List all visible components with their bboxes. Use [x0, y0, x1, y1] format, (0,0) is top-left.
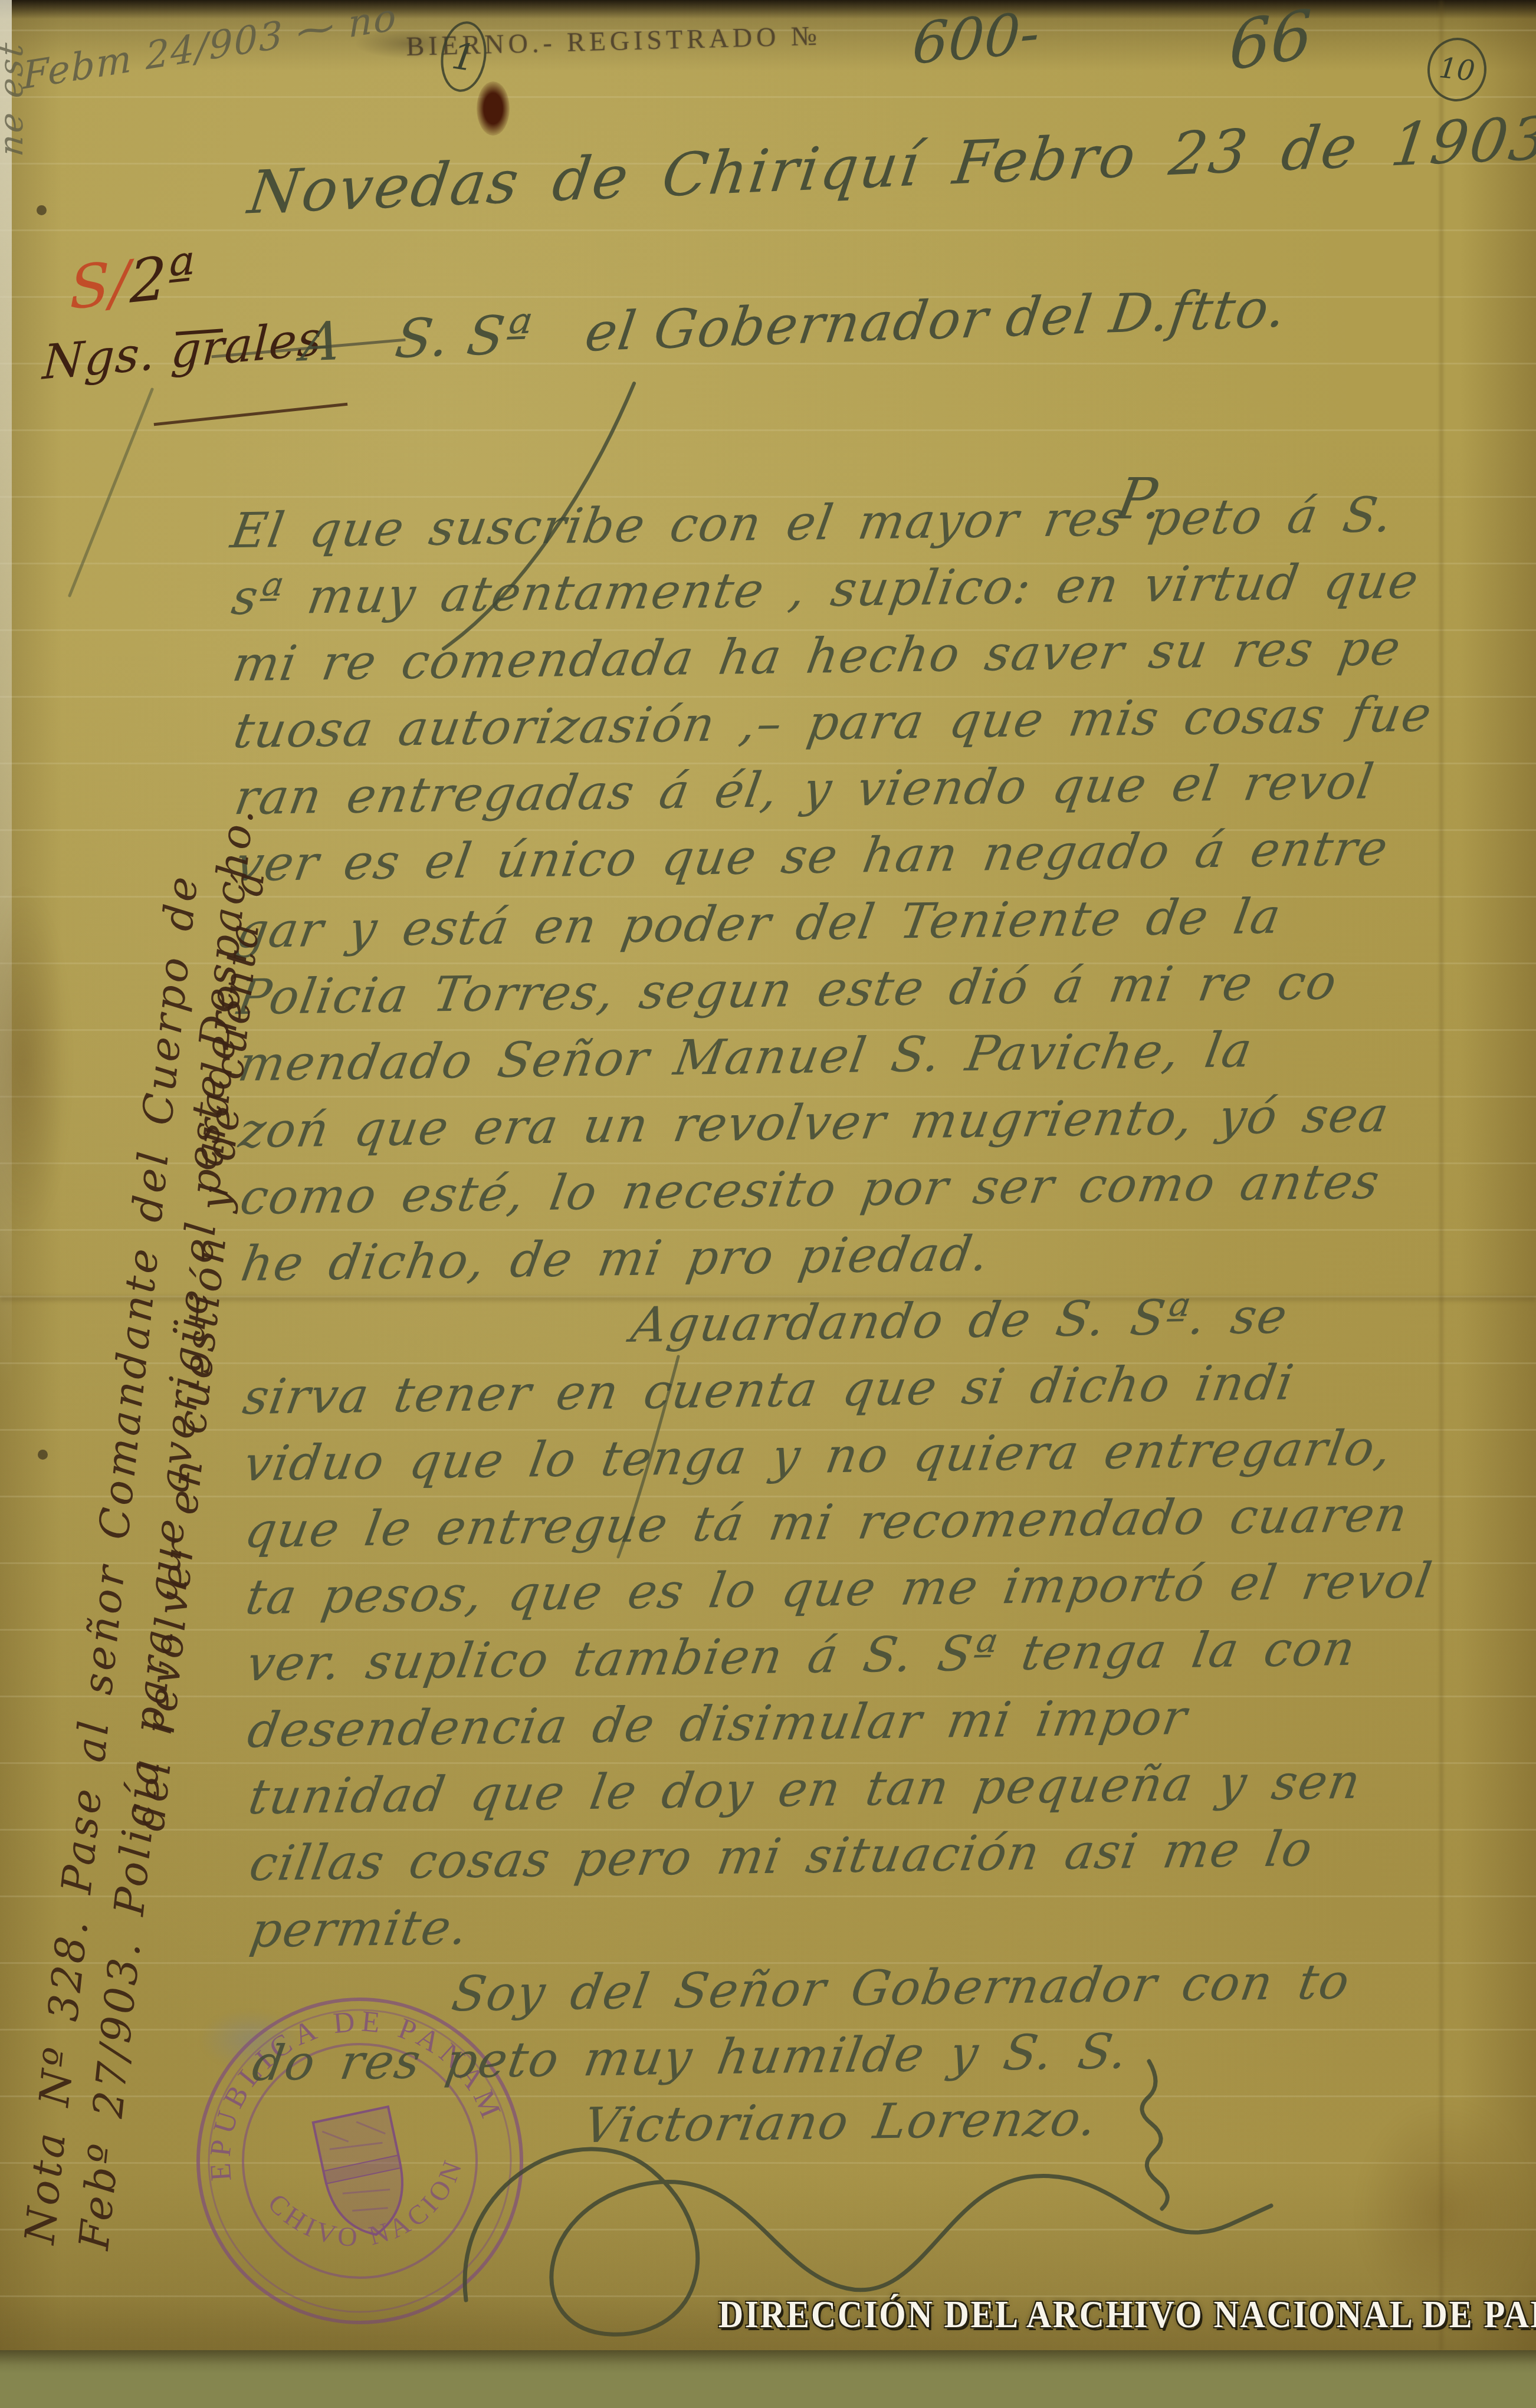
red-code-part: S/: [70, 247, 130, 323]
pencil-vertical-note: ne est: [0, 39, 31, 158]
corner-number: 66: [1229, 0, 1313, 86]
pin-hole: [38, 1450, 48, 1460]
letter-body: El que suscribe con el mayor res peto á …: [230, 485, 1533, 2169]
scan-left-edge: [0, 0, 12, 1386]
pin-hole: [37, 205, 47, 215]
registry-number: 600-: [911, 0, 1041, 77]
scan-bottom-strip: [0, 2350, 1536, 2408]
archive-banner: DIRECCIÓN DEL ARCHIVO NACIONAL DE PANAMÁ: [718, 2293, 1536, 2337]
red-filing-code: S/2ª: [70, 241, 195, 323]
document-scan: REPUBLICA DE PANAMA ARCHIVO NACIONAL BIE…: [0, 0, 1536, 2408]
dark-code-part: 2ª: [130, 241, 195, 317]
